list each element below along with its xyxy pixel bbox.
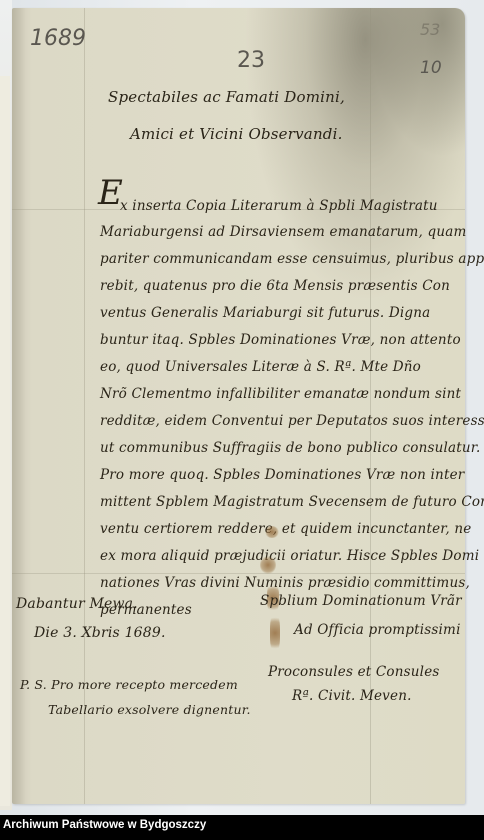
body-line: eo, quod Universales Literæ à S. Rª. Mte… — [100, 359, 421, 375]
signature-line-1: Proconsules et Consules — [268, 664, 440, 680]
ink-stain — [270, 613, 280, 653]
postscript-line-2: Tabellario exsolvere dignentur. — [48, 702, 251, 717]
ink-stain — [260, 556, 276, 574]
archive-caption-bar: Archiwum Państwowe w Bydgoszczy — [0, 815, 484, 840]
body-line: ex mora aliquid præjudicii oriatur. Hisc… — [100, 548, 479, 564]
body-line: Mariaburgensi ad Dirsaviensem emanatarum… — [100, 224, 467, 240]
fold-line-vertical — [370, 8, 371, 804]
folio-number: 23 — [237, 48, 265, 73]
body-line: pariter communicandam esse censuimus, pl… — [100, 251, 484, 267]
corner-number: 53 — [420, 20, 440, 39]
body-line: mittent Spblem Magistratum Svecensem de … — [100, 494, 484, 510]
body-line: ventu certiorem reddere, et quidem incun… — [100, 521, 472, 537]
manuscript-page: 1689 23 10 53 Spectabiles ac Famati Domi… — [12, 8, 465, 804]
adjacent-page-edge — [0, 0, 12, 810]
body-line: x inserta Copia Literarum à Spbli Magist… — [120, 198, 438, 214]
body-line: rebit, quatenus pro die 6ta Mensis præse… — [100, 278, 450, 294]
ink-stain — [265, 526, 279, 538]
closing-line-2: Ad Officia promptissimi — [294, 622, 461, 638]
place-line: Dabantur Mewa. — [16, 596, 138, 612]
fold-line-horizontal — [12, 573, 465, 574]
document-viewer: 1689 23 10 53 Spectabiles ac Famati Domi… — [0, 0, 484, 840]
salutation-line-2: Amici et Vicini Observandi. — [130, 125, 343, 143]
body-line: buntur itaq. Spbles Dominationes Vræ, no… — [100, 332, 461, 348]
salutation-line-1: Spectabiles ac Famati Domini, — [108, 88, 345, 106]
date-line: Die 3. Xbris 1689. — [34, 625, 166, 641]
adjacent-page-lower — [0, 76, 10, 806]
signature-line-2: Rª. Civit. Meven. — [292, 688, 412, 704]
page-number: 10 — [420, 58, 442, 78]
body-line: nationes Vras divini Numinis præsidio co… — [100, 575, 470, 591]
body-line: Pro more quoq. Spbles Dominationes Vræ n… — [100, 467, 464, 483]
year-annotation: 1689 — [30, 26, 86, 51]
body-line: ut communibus Suffragiis de bono publico… — [100, 440, 480, 456]
body-line: Nrõ Clementmo infallibiliter emanatæ non… — [100, 386, 461, 402]
body-line: ventus Generalis Mariaburgi sit futurus.… — [100, 305, 430, 321]
body-line: redditæ, eidem Conventui per Deputatos s… — [100, 413, 484, 429]
postscript-line-1: P. S. Pro more recepto mercedem — [20, 677, 238, 692]
closing-line-1: Spblium Dominationum Vrãr — [260, 593, 462, 609]
archive-caption: Archiwum Państwowe w Bydgoszczy — [3, 819, 206, 831]
